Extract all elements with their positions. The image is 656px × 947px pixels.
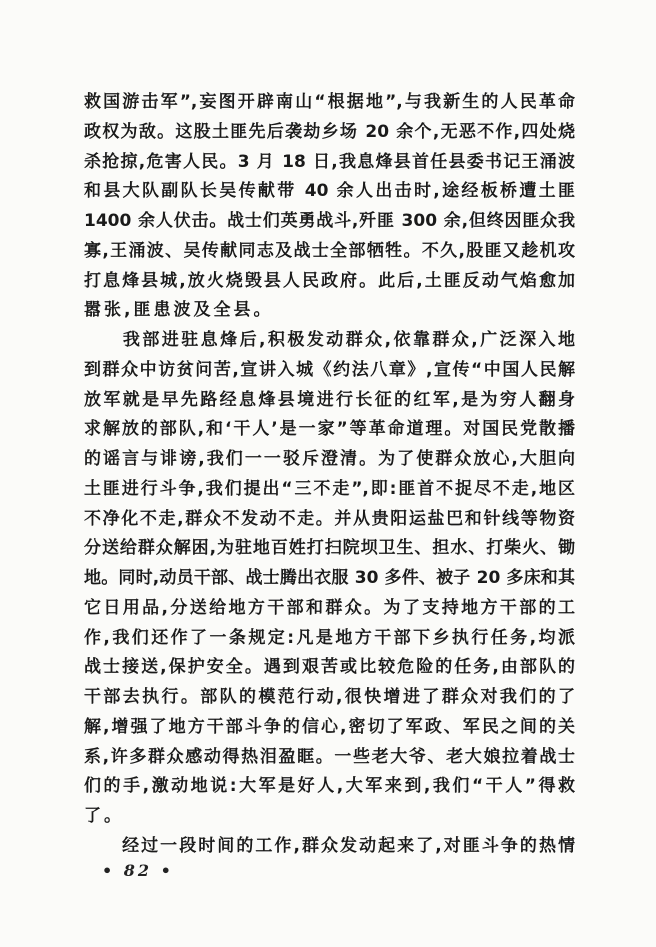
text-line: 打息烽县城,放火烧毁县人民政府。此后,土匪反动气焰愈加 bbox=[84, 267, 575, 297]
text-line: 分送给群众解困,为驻地百姓打扫院坝卫生、担水、打柴火、锄 bbox=[84, 534, 575, 564]
text-line: 们的手,激动地说:大军是好人,大军来到,我们“干人”得救 bbox=[84, 772, 575, 802]
text-line: 寡,王涌波、吴传献同志及战士全部牺牲。不久,股匪又趁机攻 bbox=[84, 237, 575, 267]
text-line: 的谣言与诽谤,我们一一驳斥澄清。为了使群众放心,大胆向 bbox=[84, 445, 575, 475]
text-line: 救国游击军”,妄图开辟南山“根据地”,与我新生的人民革命 bbox=[84, 88, 575, 118]
text-line: 杀抢掠,危害人民。3 月 18 日,我息烽县首任县委书记王涌波 bbox=[84, 148, 575, 178]
text-line: 放军就是早先路经息烽县境进行长征的红军,是为穷人翻身 bbox=[84, 386, 575, 416]
text-line: 战士接送,保护安全。遇到艰苦或比较危险的任务,由部队的 bbox=[84, 653, 575, 683]
book-page: 救国游击军”,妄图开辟南山“根据地”,与我新生的人民革命 政权为敌。这股土匪先后… bbox=[0, 0, 656, 947]
text-line: 解,增强了地方干部斗争的信心,密切了军政、军民之间的关 bbox=[84, 713, 575, 743]
text-line: 干部去执行。部队的模范行动,很快增进了群众对我们的了 bbox=[84, 683, 575, 713]
text-line: 经过一段时间的工作,群众发动起来了,对匪斗争的热情 bbox=[84, 832, 575, 862]
text-line: 地。同时,动员干部、战士腾出衣服 30 多件、被子 20 多床和其 bbox=[84, 564, 575, 594]
text-line: 嚣张,匪患波及全县。 bbox=[84, 296, 575, 326]
text-line: 1400 余人伏击。战士们英勇战斗,歼匪 300 余,但终因匪众我 bbox=[84, 207, 575, 237]
text-line: 我部进驻息烽后,积极发动群众,依靠群众,广泛深入地 bbox=[84, 326, 575, 356]
text-line: 作,我们还作了一条规定:凡是地方干部下乡执行任务,均派 bbox=[84, 624, 575, 654]
text-line: 和县大队副队长吴传献带 40 余人出击时,途经板桥遭土匪 bbox=[84, 177, 575, 207]
text-line: 求解放的部队,和‘干人’是一家”等革命道理。对国民党散播 bbox=[84, 415, 575, 445]
text-line: 政权为敌。这股土匪先后袭劫乡场 20 余个,无恶不作,四处烧 bbox=[84, 118, 575, 148]
page-text: 救国游击军”,妄图开辟南山“根据地”,与我新生的人民革命 政权为敌。这股土匪先后… bbox=[84, 88, 575, 862]
text-line: 它日用品,分送给地方干部和群众。为了支持地方干部的工 bbox=[84, 594, 575, 624]
text-line: 了。 bbox=[84, 802, 575, 832]
text-line: 系,许多群众感动得热泪盈眶。一些老大爷、老大娘拉着战士 bbox=[84, 743, 575, 773]
page-number: • 82 • bbox=[102, 861, 174, 880]
text-line: 土匪进行斗争,我们提出“三不走”,即:匪首不捉尽不走,地区 bbox=[84, 475, 575, 505]
text-line: 到群众中访贫问苦,宣讲入城《约法八章》,宣传“中国人民解 bbox=[84, 356, 575, 386]
text-line: 不净化不走,群众不发动不走。并从贵阳运盐巴和针线等物资 bbox=[84, 505, 575, 535]
